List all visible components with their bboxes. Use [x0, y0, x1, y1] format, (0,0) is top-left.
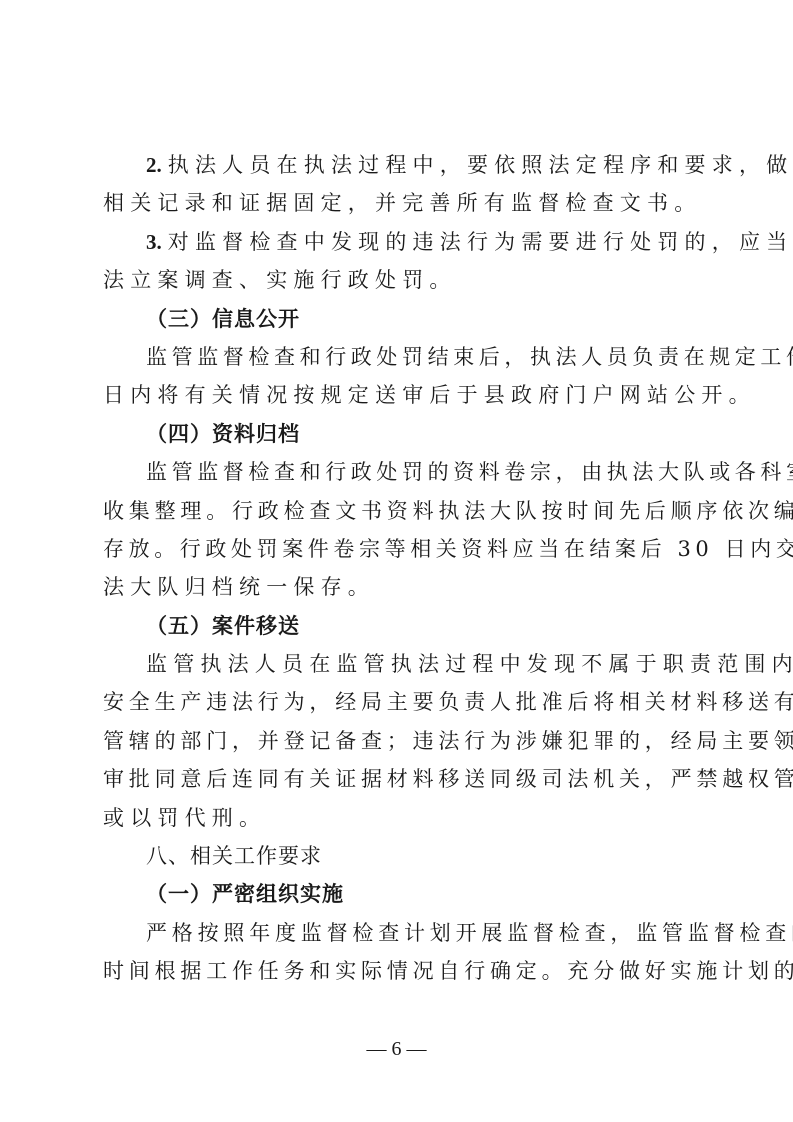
subheading-case-transfer: （五）案件移送 [103, 607, 693, 645]
subheading-strict-implementation: （一）严密组织实施 [103, 875, 693, 913]
numbered-item-2: 2.执法人员在执法过程中，要依照法定程序和要求，做好 相关记录和证据固定，并完善… [103, 146, 693, 223]
paragraph-line: 法立案调查、实施行政处罚。 [103, 261, 693, 299]
paragraph-line: 法大队归档统一保存。 [103, 568, 693, 606]
subheading-archiving: （四）资料归档 [103, 415, 693, 453]
paragraph-line: 监管监督检查和行政处罚结束后，执法人员负责在规定工作 [103, 338, 693, 376]
paragraph-line: 执法人员在执法过程中，要依照法定程序和要求，做好 [168, 153, 793, 177]
paragraph-line: 相关记录和证据固定，并完善所有监督检查文书。 [103, 184, 693, 222]
document-body: 2.执法人员在执法过程中，要依照法定程序和要求，做好 相关记录和证据固定，并完善… [103, 146, 693, 991]
paragraph-info-disclosure: 监管监督检查和行政处罚结束后，执法人员负责在规定工作 日内将有关情况按规定送审后… [103, 338, 693, 415]
paragraph-line: 管辖的部门，并登记备查；违法行为涉嫌犯罪的，经局主要领导 [103, 722, 693, 760]
paragraph-line: 审批同意后连同有关证据材料移送同级司法机关，严禁越权管辖 [103, 760, 693, 798]
paragraph-line: 安全生产违法行为，经局主要负责人批准后将相关材料移送有权 [103, 683, 693, 721]
paragraph-line: 严格按照年度监督检查计划开展监督检查，监管监督检查的 [103, 914, 693, 952]
paragraph-line: 对监督检查中发现的违法行为需要进行处罚的，应当依 [168, 230, 793, 254]
page-number: — 6 — [0, 1038, 793, 1061]
item-number: 3. [146, 230, 162, 254]
numbered-item-3: 3.对监督检查中发现的违法行为需要进行处罚的，应当依 法立案调查、实施行政处罚。 [103, 223, 693, 300]
paragraph-line: 时间根据工作任务和实际情况自行确定。充分做好实施计划的各 [103, 952, 693, 990]
paragraph-line: 或以罚代刑。 [103, 799, 693, 837]
paragraph-line: 监管执法人员在监管执法过程中发现不属于职责范围内的 [103, 645, 693, 683]
paragraph-line: 收集整理。行政检查文书资料执法大队按时间先后顺序依次编号 [103, 492, 693, 530]
paragraph-archiving: 监管监督检查和行政处罚的资料卷宗，由执法大队或各科室 收集整理。行政检查文书资料… [103, 453, 693, 607]
section-heading-work-requirements: 八、相关工作要求 [103, 837, 693, 875]
paragraph-line: 日内将有关情况按规定送审后于县政府门户网站公开。 [103, 376, 693, 414]
paragraph-strict-implementation: 严格按照年度监督检查计划开展监督检查，监管监督检查的 时间根据工作任务和实际情况… [103, 914, 693, 991]
paragraph-case-transfer: 监管执法人员在监管执法过程中发现不属于职责范围内的 安全生产违法行为，经局主要负… [103, 645, 693, 837]
paragraph-line: 存放。行政处罚案件卷宗等相关资料应当在结案后 30 日内交执 [103, 530, 693, 568]
item-number: 2. [146, 153, 162, 177]
subheading-info-disclosure: （三）信息公开 [103, 300, 693, 338]
paragraph-line: 监管监督检查和行政处罚的资料卷宗，由执法大队或各科室 [103, 453, 693, 491]
